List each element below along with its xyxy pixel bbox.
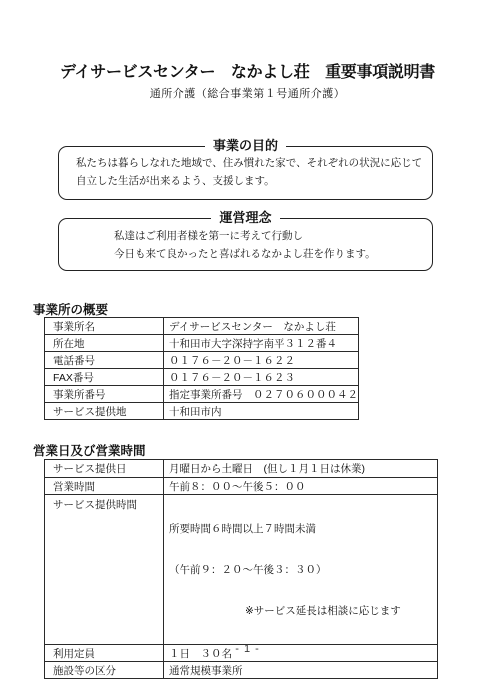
philosophy-box-body: 私達はご利用者様を第一に考えて行動し 今日も来て良かったと喜ばれるなかよし荘を作…	[59, 219, 432, 263]
table-row: サービス提供日 月曜日から土曜日 (但し１月１日は休業)	[45, 460, 438, 478]
purpose-box-body: 私たちは暮らしなれた地域で、住み慣れた家で、それぞれの状況に応じて 自立した生活…	[59, 147, 432, 190]
table-row: 営業時間 午前８：００～午後５：００	[45, 478, 438, 495]
row-label: 所在地	[45, 335, 164, 352]
document-title: デイサービスセンター なかよし荘 重要事項説明書	[0, 59, 495, 82]
document-subtitle: 通所介護（総合事業第１号通所介護）	[0, 85, 495, 101]
purpose-line: 自立した生活が出来るよう、支援します。	[76, 172, 426, 190]
row-value-line: 所要時間６時間以上７時間未満	[169, 521, 437, 538]
overview-section-heading: 事業所の概要	[33, 300, 108, 318]
row-value-line: ※サービス延長は相談に応じます	[245, 603, 437, 620]
page-number: - 1 -	[0, 643, 495, 655]
row-value: 月曜日から土曜日 (但し１月１日は休業)	[164, 460, 438, 478]
row-value: 指定事業所番号 ０２７０６０００４２	[164, 386, 359, 403]
philosophy-box-title: 運営理念	[211, 210, 279, 225]
purpose-box-legend: 事業の目的	[59, 139, 432, 153]
philosophy-box-legend: 運営理念	[59, 211, 432, 225]
row-value: ０１７６－２０－１６２２	[164, 352, 359, 369]
table-row: 事業所番号 指定事業所番号 ０２７０６０００４２	[45, 386, 359, 403]
row-value: 十和田市大字深持字南平３１２番４	[164, 335, 359, 352]
overview-table: 事業所名 デイサービスセンター なかよし荘 所在地 十和田市大字深持字南平３１２…	[44, 317, 359, 420]
table-row: FAX番号 ０１７６－２０－１６２３	[45, 369, 359, 386]
row-value: ０１７６－２０－１６２３	[164, 369, 359, 386]
row-label: 電話番号	[45, 352, 164, 369]
row-label: サービス提供時間	[45, 495, 164, 645]
philosophy-line: 私達はご利用者様を第一に考えて行動し	[114, 227, 426, 245]
row-value-line: （午前９：２０～午後３：３０）	[169, 562, 437, 579]
row-label: サービス提供地	[45, 403, 164, 420]
row-label: 事業所番号	[45, 386, 164, 403]
table-row: 施設等の区分 通常規模事業所	[45, 662, 438, 679]
row-label: 施設等の区分	[45, 662, 164, 679]
purpose-box: 事業の目的 私たちは暮らしなれた地域で、住み慣れた家で、それぞれの状況に応じて …	[58, 146, 433, 200]
row-value: デイサービスセンター なかよし荘	[164, 318, 359, 335]
row-value: 午前８：００～午後５：００	[164, 478, 438, 495]
row-label: 営業時間	[45, 478, 164, 495]
row-label: 事業所名	[45, 318, 164, 335]
philosophy-line: 今日も来て良かったと喜ばれるなかよし荘を作ります。	[114, 245, 426, 263]
philosophy-box: 運営理念 私達はご利用者様を第一に考えて行動し 今日も来て良かったと喜ばれるなか…	[58, 218, 433, 271]
row-value: 通常規模事業所	[164, 662, 438, 679]
document-page: デイサービスセンター なかよし荘 重要事項説明書 通所介護（総合事業第１号通所介…	[0, 0, 495, 700]
row-value: 十和田市内	[164, 403, 359, 420]
table-row: 事業所名 デイサービスセンター なかよし荘	[45, 318, 359, 335]
table-row: サービス提供地 十和田市内	[45, 403, 359, 420]
table-row: 電話番号 ０１７６－２０－１６２２	[45, 352, 359, 369]
row-label: FAX番号	[45, 369, 164, 386]
row-label: サービス提供日	[45, 460, 164, 478]
hours-section-heading: 営業日及び営業時間	[33, 441, 146, 459]
purpose-line: 私たちは暮らしなれた地域で、住み慣れた家で、それぞれの状況に応じて	[76, 154, 426, 172]
purpose-box-title: 事業の目的	[205, 138, 286, 153]
table-row: サービス提供時間 所要時間６時間以上７時間未満 （午前９：２０～午後３：３０） …	[45, 495, 438, 645]
table-row: 所在地 十和田市大字深持字南平３１２番４	[45, 335, 359, 352]
row-value: 所要時間６時間以上７時間未満 （午前９：２０～午後３：３０） ※サービス延長は相…	[164, 495, 438, 645]
